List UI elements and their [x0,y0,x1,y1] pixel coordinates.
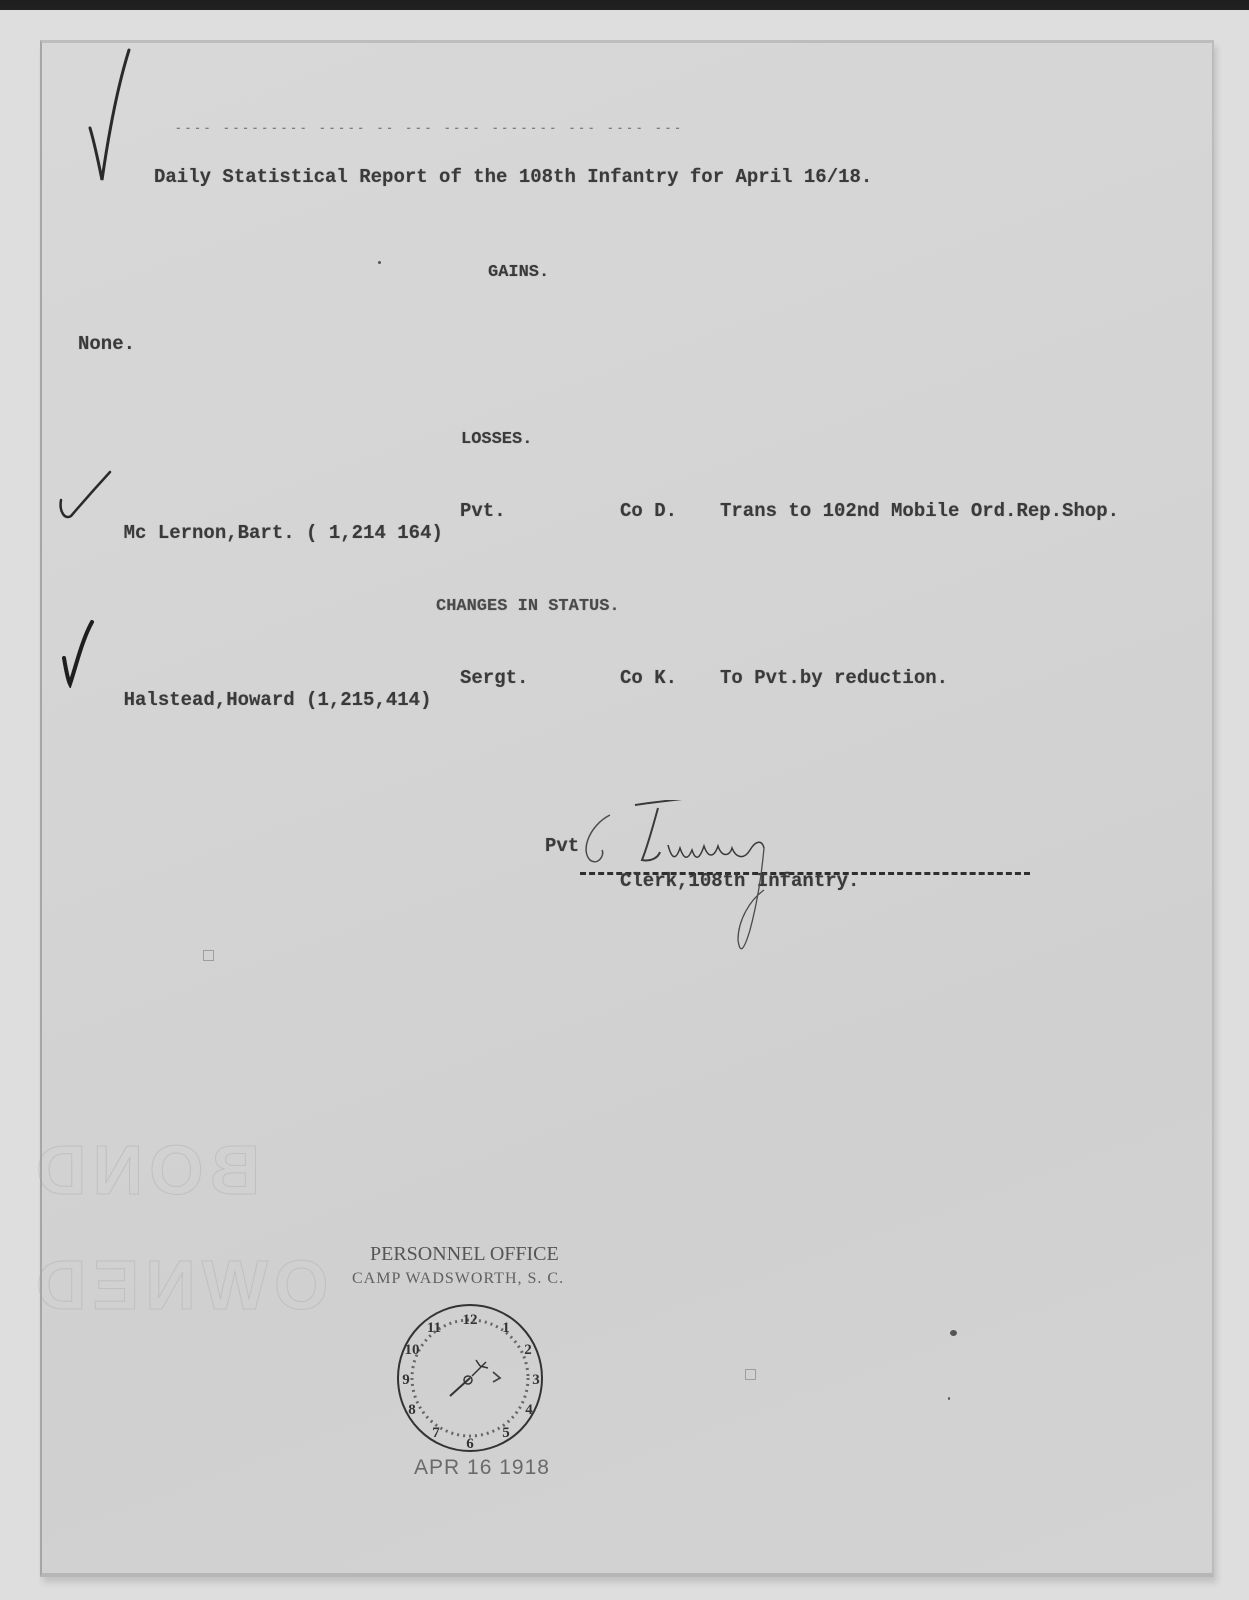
change-name-text: Halstead,Howard [124,689,295,711]
losses-heading: LOSSES. [461,430,532,449]
faint-header-text: ---- --------- ----- -- --- ---- -------… [175,123,684,135]
loss-rank: Pvt. [460,500,506,522]
handwritten-signature [580,800,820,970]
change-rank: Sergt. [460,667,528,689]
svg-text:12: 12 [463,1312,478,1328]
watermark-bond: BOND [30,1130,260,1210]
changes-heading: CHANGES IN STATUS. [436,597,620,616]
svg-text:11: 11 [427,1320,441,1336]
ink-speck [948,1397,950,1400]
signature-prefix: Pvt [545,835,579,857]
svg-text:1: 1 [502,1320,510,1336]
svg-text:2: 2 [524,1342,532,1358]
gains-heading: GAINS. [488,263,549,282]
ink-speck [378,261,381,264]
change-remark: To Pvt.by reduction. [720,667,948,689]
loss-company: Co D. [620,500,677,522]
report-title: Daily Statistical Report of the 108th In… [154,166,872,188]
change-company: Co K. [620,667,677,689]
svg-text:4: 4 [525,1402,533,1418]
stamp-date: APR 16 1918 [414,1456,550,1480]
loss-name-text: Mc Lernon,Bart. [124,522,295,544]
loss-serial: ( 1,214 164) [306,522,443,544]
watermark-owned: OWNED [30,1245,328,1325]
loss-name: Mc Lernon,Bart. ( 1,214 164) [78,500,443,566]
svg-text:8: 8 [408,1402,416,1418]
svg-text:3: 3 [532,1372,540,1388]
scan-mark [745,1369,756,1380]
scan-mark [203,950,214,961]
loss-remark: Trans to 102nd Mobile Ord.Rep.Shop. [720,500,1119,522]
gains-none-text: None. [78,333,135,355]
svg-text:5: 5 [502,1425,510,1441]
svg-text:9: 9 [402,1372,410,1388]
change-serial: (1,215,414) [306,689,431,711]
stamp-location: CAMP WADSWORTH, S. C. [352,1270,564,1288]
svg-text:7: 7 [432,1425,440,1441]
svg-text:10: 10 [405,1342,420,1358]
change-name: Halstead,Howard (1,215,414) [78,667,431,733]
stamp-office: PERSONNEL OFFICE [370,1243,559,1266]
stamp-clock-icon: 12 1 2 3 4 5 6 7 8 9 10 11 [394,1302,546,1454]
svg-text:6: 6 [466,1436,474,1452]
ink-speck [950,1330,957,1336]
checkmark-icon [85,45,135,185]
